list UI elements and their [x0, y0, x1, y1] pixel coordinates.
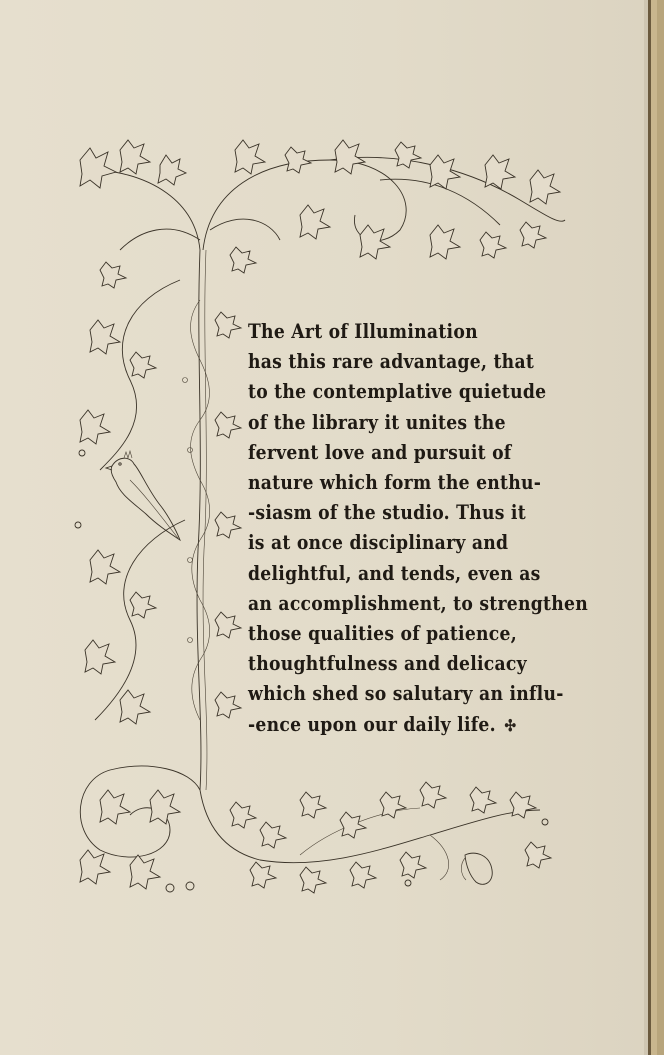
text-line-3: to the contemplative quietude [248, 376, 506, 406]
text-line-11: those qualities of patience, [248, 618, 506, 648]
text-line-4: of the library it unites the [248, 407, 506, 437]
text-line-12: thoughtfulness and delicacy [248, 648, 506, 678]
text-line-13: which shed so salutary an influ- [248, 678, 506, 708]
text-line-14: -ence upon our daily life.✣ [248, 709, 506, 741]
text-line-10: an accomplishment, to strengthen [248, 588, 506, 618]
book-binding-edge-outer [657, 0, 664, 1055]
text-line-1: The Art of Illumination [248, 316, 506, 346]
illuminated-text-block: The Art of Illumination has this rare ad… [248, 316, 548, 741]
text-line-5: fervent love and pursuit of [248, 437, 506, 467]
text-line-8: is at once disciplinary and [248, 527, 506, 557]
text-line-9: delightful, and tends, even as [248, 558, 506, 588]
fleuron-ornament-icon: ✣ [504, 716, 516, 735]
text-line-14-content: -ence upon our daily life. [248, 712, 496, 736]
text-line-2: has this rare advantage, that [248, 346, 506, 376]
text-line-6: nature which form the enthu- [248, 467, 506, 497]
text-line-7: -siasm of the studio. Thus it [248, 497, 506, 527]
